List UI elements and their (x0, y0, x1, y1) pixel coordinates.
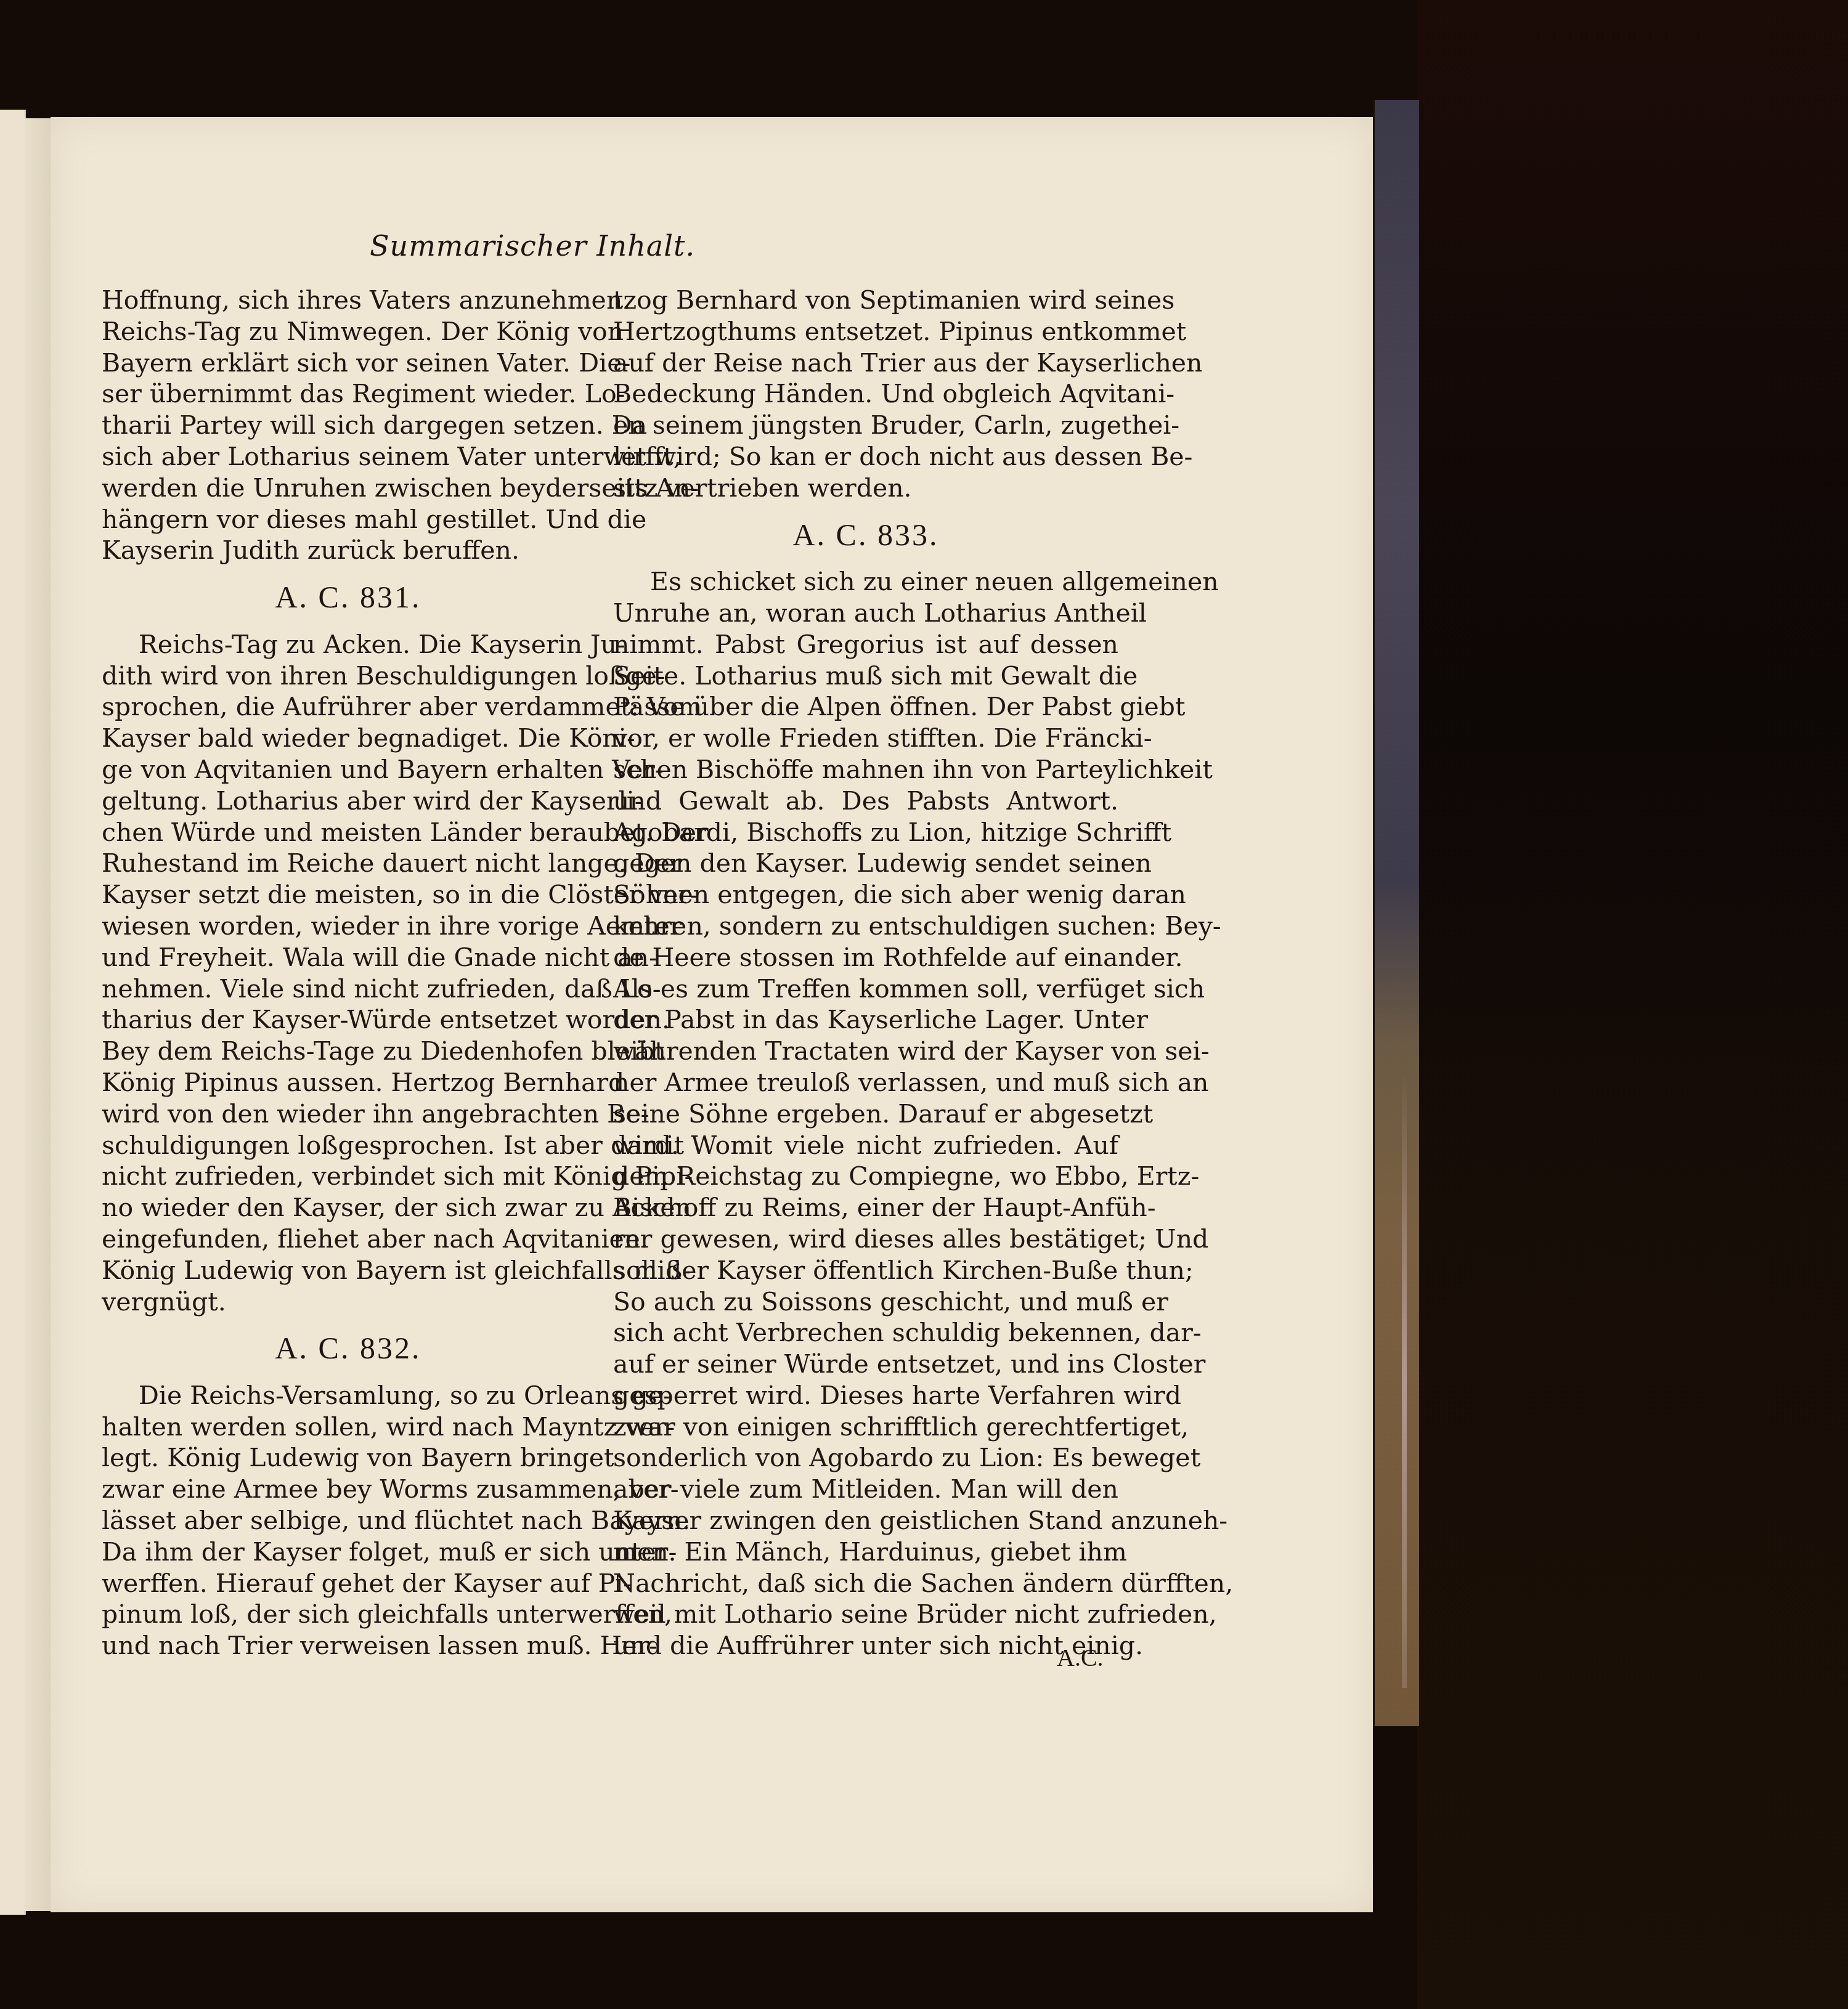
text-line: Seite. Lotharius muß sich mit Gewalt die (613, 660, 1118, 692)
text-line: der Pabst in das Kayserliche Lager. Unte… (613, 1004, 1118, 1036)
text-line: So auch zu Soissons geschicht, und muß e… (613, 1286, 1118, 1318)
text-line: nicht zufrieden, verbindet sich mit Köni… (102, 1161, 595, 1192)
text-line: Es schicket sich zu einer neuen allgemei… (613, 566, 1118, 598)
text-line: seine Söhne ergeben. Darauf er abgesetzt (613, 1098, 1118, 1130)
text-line: Ruhestand im Reiche dauert nicht lange. … (102, 848, 595, 879)
text-line: men. Ein Mänch, Harduinus, giebet ihm (613, 1536, 1118, 1568)
text-line: ser übernimmt das Regiment wieder. Lo- (102, 378, 595, 410)
text-line: werffen. Hierauf gehet der Kayser auf Pi… (102, 1568, 595, 1599)
running-head: Summarischer Inhalt. (370, 229, 863, 262)
text-line: und Gewalt ab. Des Pabsts Antwort. (613, 785, 1118, 817)
text-line: Bayern erklärt sich vor seinen Vater. Di… (102, 347, 595, 379)
text-line: tharius der Kayser-Würde entsetzet worde… (102, 1004, 595, 1036)
book-spine-edge (1373, 100, 1419, 1726)
text-line: und Freyheit. Wala will die Gnade nicht … (102, 942, 595, 973)
text-line: Unruhe an, woran auch Lotharius Antheil (613, 598, 1118, 629)
text-line: sich acht Verbrechen schuldig bekennen, … (613, 1317, 1118, 1349)
text-line: Nachricht, daß sich die Sachen ändern dü… (613, 1568, 1118, 1599)
text-line: vergnügt. (102, 1286, 595, 1318)
text-line: geltung. Lotharius aber wird der Kayserl… (102, 785, 595, 817)
text-line: schuldigungen loßgesprochen. Ist aber da… (102, 1130, 595, 1161)
facing-page-edge (0, 110, 26, 1915)
text-line: weil mit Lothario seine Brüder nicht zuf… (613, 1599, 1118, 1630)
catchword: A.C. (1057, 1643, 1104, 1672)
paragraph: Reichs-Tag zu Acken. Die Kayserin Ju-dit… (102, 629, 595, 1318)
text-line: aber viele zum Mitleiden. Man will den (613, 1474, 1118, 1505)
text-line: let wird; So kan er doch nicht aus desse… (613, 441, 1118, 473)
text-line: wiesen worden, wieder in ihre vorige Aem… (102, 911, 595, 942)
text-line: werden die Unruhen zwischen beyderseits … (102, 473, 595, 504)
text-line: gegen den Kayser. Ludewig sendet seinen (613, 848, 1118, 879)
paragraph: Die Reichs-Versamlung, so zu Orleans ge-… (102, 1380, 595, 1662)
text-line: lässet aber selbige, und flüchtet nach B… (102, 1505, 595, 1536)
spine-highlight (1402, 1072, 1407, 1688)
text-line: nehmen. Viele sind nicht zufrieden, daß … (102, 973, 595, 1005)
text-line: soll der Kayser öffentlich Kirchen-Buße … (613, 1255, 1118, 1286)
text-line: und die Auffrührer unter sich nicht eini… (613, 1630, 1118, 1662)
text-line: Reichs-Tag zu Acken. Die Kayserin Ju- (102, 629, 595, 660)
text-line: eingefunden, fliehet aber nach Aqvitanie… (102, 1224, 595, 1255)
text-line: chen Würde und meisten Länder beraubet. … (102, 817, 595, 848)
scan-background (1417, 0, 1848, 2009)
text-line: Bey dem Reichs-Tage zu Diedenhofen bleib… (102, 1036, 595, 1067)
text-line: tzog Bernhard von Septimanien wird seine… (613, 285, 1118, 316)
text-line: legt. König Ludewig von Bayern bringet (102, 1442, 595, 1474)
text-line: auf er seiner Würde entsetzet, und ins C… (613, 1349, 1118, 1380)
right-column: tzog Bernhard von Septimanien wird seine… (613, 285, 1118, 1662)
text-line: Hoffnung, sich ihres Vaters anzunehmen. (102, 285, 595, 316)
text-line: schen Bischöffe mahnen ihn von Parteylic… (613, 754, 1118, 785)
paragraph: Es schicket sich zu einer neuen allgemei… (613, 566, 1118, 1662)
text-line: Kayserin Judith zurück beruffen. (102, 535, 595, 566)
text-line: wird von den wieder ihn angebrachten Be- (102, 1098, 595, 1130)
text-line: Kayser setzt die meisten, so in die Clös… (102, 879, 595, 911)
text-line: Als es zum Treffen kommen soll, verfüget… (613, 973, 1118, 1005)
text-line: kehren, sondern zu entschuldigen suchen:… (613, 911, 1118, 942)
text-line: wird. Womit viele nicht zufrieden. Auf (613, 1130, 1118, 1161)
year-heading: A. C. 831. (102, 566, 595, 629)
text-line: nimmt. Pabst Gregorius ist auf dessen (613, 629, 1118, 660)
text-line: no wieder den Kayser, der sich zwar zu A… (102, 1192, 595, 1224)
text-line: pinum loß, der sich gleichfalls unterwer… (102, 1599, 595, 1630)
text-line: zwar von einigen schrifftlich gerechtfer… (613, 1411, 1118, 1443)
text-line: halten werden sollen, wird nach Mayntz v… (102, 1411, 595, 1443)
text-line: ge von Aqvitanien und Bayern erhalten Ve… (102, 754, 595, 785)
text-line: Da ihm der Kayser folget, muß er sich un… (102, 1536, 595, 1568)
text-line: dem Reichstag zu Compiegne, wo Ebbo, Ert… (613, 1161, 1118, 1192)
year-heading: A. C. 833. (613, 504, 1118, 567)
text-line: Agobardi, Bischoffs zu Lion, hitzige Sch… (613, 817, 1118, 848)
text-line: Söhnen entgegen, die sich aber wenig dar… (613, 879, 1118, 911)
text-line: sich aber Lotharius seinem Vater unterwi… (102, 441, 595, 473)
text-line: gesperret wird. Dieses harte Verfahren w… (613, 1380, 1118, 1411)
left-column: Hoffnung, sich ihres Vaters anzunehmen.R… (102, 285, 595, 1662)
text-line: tharii Partey will sich dargegen setzen.… (102, 410, 595, 441)
text-line: dith wird von ihren Beschuldigungen loßg… (102, 660, 595, 692)
text-line: währenden Tractaten wird der Kayser von … (613, 1036, 1118, 1067)
year-heading: A. C. 832. (102, 1317, 595, 1380)
paragraph: Hoffnung, sich ihres Vaters anzunehmen.R… (102, 285, 595, 566)
text-line: ner Armee treuloß verlassen, und muß sic… (613, 1067, 1118, 1098)
text-line: König Ludewig von Bayern ist gleichfalls… (102, 1255, 595, 1286)
text-line: König Pipinus aussen. Hertzog Bernhard (102, 1067, 595, 1098)
text-line: sitz vertrieben werden. (613, 473, 1118, 504)
text-line: vor, er wolle Frieden stifften. Die Frän… (613, 723, 1118, 754)
text-line: hängern vor dieses mahl gestillet. Und d… (102, 504, 595, 535)
text-line: Die Reichs-Versamlung, so zu Orleans ge- (102, 1380, 595, 1411)
text-line: Reichs-Tag zu Nimwegen. Der König von (102, 316, 595, 347)
text-line: en seinem jüngsten Bruder, Carln, zugeth… (613, 410, 1118, 441)
paragraph: tzog Bernhard von Septimanien wird seine… (613, 285, 1118, 504)
text-line: Kayser zwingen den geistlichen Stand anz… (613, 1505, 1118, 1536)
text-line: Bedeckung Händen. Und obgleich Aqvitani- (613, 378, 1118, 410)
text-line: sprochen, die Aufrührer aber verdammet: … (102, 691, 595, 723)
text-line: und nach Trier verweisen lassen muß. Her… (102, 1630, 595, 1662)
text-line: Kayser bald wieder begnadiget. Die Köni- (102, 723, 595, 754)
text-line: Hertzogthums entsetzet. Pipinus entkomme… (613, 316, 1118, 347)
text-line: Pässe über die Alpen öffnen. Der Pabst g… (613, 691, 1118, 723)
facing-page-gutter (25, 118, 51, 1911)
text-line: Bischoff zu Reims, einer der Haupt-Anfüh… (613, 1192, 1118, 1224)
text-line: auf der Reise nach Trier aus der Kayserl… (613, 347, 1118, 379)
text-line: de Heere stossen im Rothfelde auf einand… (613, 942, 1118, 973)
text-line: rer gewesen, wird dieses alles bestätige… (613, 1224, 1118, 1255)
text-line: sonderlich von Agobardo zu Lion: Es bewe… (613, 1442, 1118, 1474)
text-line: zwar eine Armee bey Worms zusammen, ver- (102, 1474, 595, 1505)
